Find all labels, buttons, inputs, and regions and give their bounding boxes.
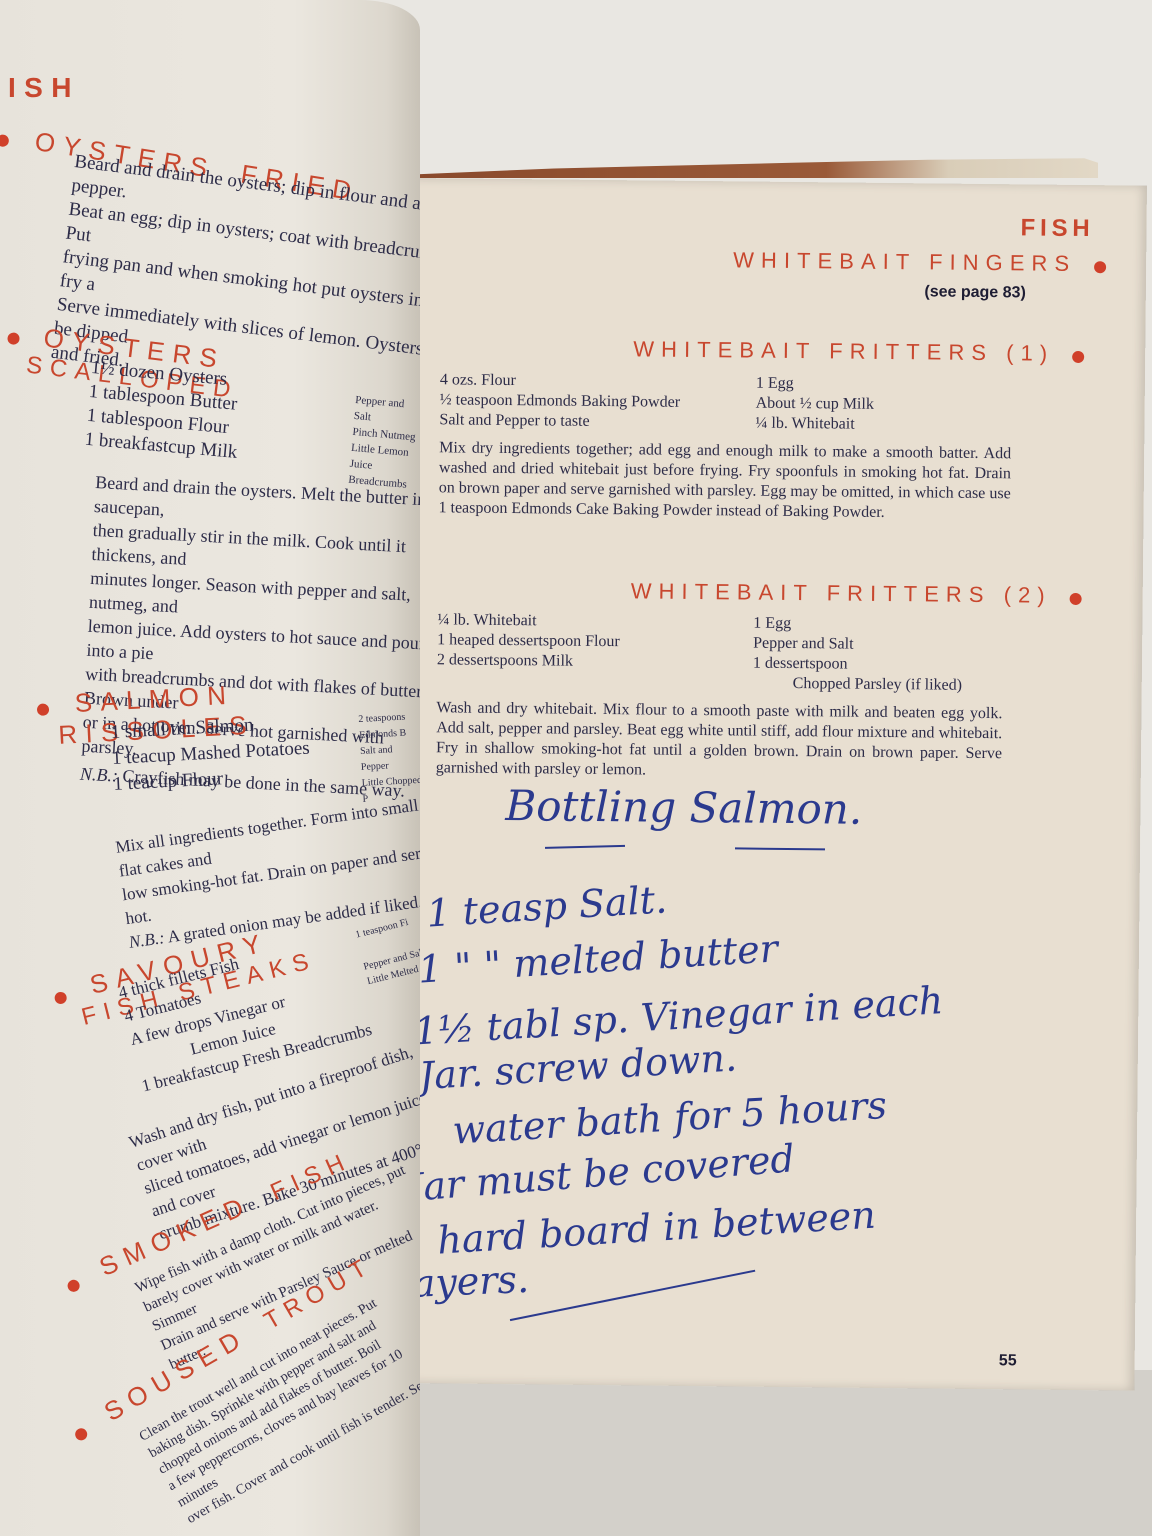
recipe-whitebait-fingers: WHITEBAIT FINGERS (see page 83) (733, 247, 1106, 303)
running-head: FISH (1020, 214, 1094, 243)
ingredients: 1 small tin Salmon 1 teacup Mashed Potat… (110, 706, 374, 798)
book-cover-edge (418, 140, 1098, 178)
ingredient: ¼ lb. Whitebait (755, 414, 1015, 437)
underline (735, 847, 825, 850)
recipe-whitebait-fritters-1: WHITEBAIT FRITTERS (1) 4 ozs. Flour ½ te… (438, 334, 1040, 524)
recipe-title: WHITEBAIT FINGERS (733, 247, 1076, 276)
recipe-title: WHITEBAIT FRITTERS (2) (631, 578, 1052, 607)
page-reference: (see page 83) (733, 281, 1026, 302)
recipe-title: WHITEBAIT FRITTERS (1) (633, 336, 1054, 365)
ingredient: About ½ cup Milk (756, 394, 1016, 417)
bullet-dot-icon (7, 332, 20, 345)
ingredient: Salt and Pepper to taste (439, 410, 755, 433)
bullet-dot-icon (1094, 261, 1106, 273)
ingredients: 4 ozs. Flour ½ teaspoon Edmonds Baking P… (439, 370, 1040, 436)
page-number: 55 (999, 1352, 1017, 1370)
bullet-dot-icon (1072, 351, 1084, 363)
underline (545, 845, 625, 849)
bullet-dot-icon (53, 991, 68, 1006)
bullet-dot-icon (66, 1278, 82, 1294)
ingredient: Chopped Parsley (if liked) (753, 674, 1013, 697)
method-text: Mix dry ingredients together; add egg an… (438, 438, 1011, 524)
ingredient: 1 Egg (756, 374, 1016, 397)
handwritten-title: Bottling Salmon. (505, 779, 862, 837)
right-page: FISH WHITEBAIT FINGERS (see page 83) WHI… (399, 178, 1147, 1391)
ingredient: 1 dessertspoon (753, 654, 1013, 677)
recipe-whitebait-fritters-2: WHITEBAIT FRITTERS (2) ¼ lb. Whitebait 1… (436, 576, 1038, 784)
method-text: Wash and dry whitebait. Mix flour to a s… (436, 698, 1003, 784)
left-page: ISH OYSTERS FRIED Beard and drain the oy… (0, 0, 420, 1536)
ingredient: Salt and Pepper (360, 741, 420, 776)
ingredients-right: 2 teaspoons Edmonds B Salt and Pepper Li… (358, 709, 420, 808)
handwritten-note: Bottling Salmon. 1 teasp Salt. 1 " " mel… (412, 178, 1147, 186)
underline (510, 1270, 755, 1321)
ingredient: Pepper and Salt (753, 634, 1013, 657)
note-label: N.B.: (128, 928, 166, 952)
ingredient: 1 Egg (753, 614, 1013, 637)
bullet-dot-icon (1070, 593, 1082, 605)
ingredient: 2 dessertspoons Milk (437, 650, 753, 673)
bullet-dot-icon (73, 1426, 89, 1442)
ingredients: ¼ lb. Whitebait 1 heaped dessertspoon Fl… (437, 610, 1038, 696)
running-head: ISH (8, 72, 80, 104)
bullet-dot-icon (0, 134, 10, 148)
ingredients-right: Pepper and Salt Pinch Nutmeg Little Lemo… (348, 392, 420, 493)
bullet-dot-icon (37, 704, 50, 717)
